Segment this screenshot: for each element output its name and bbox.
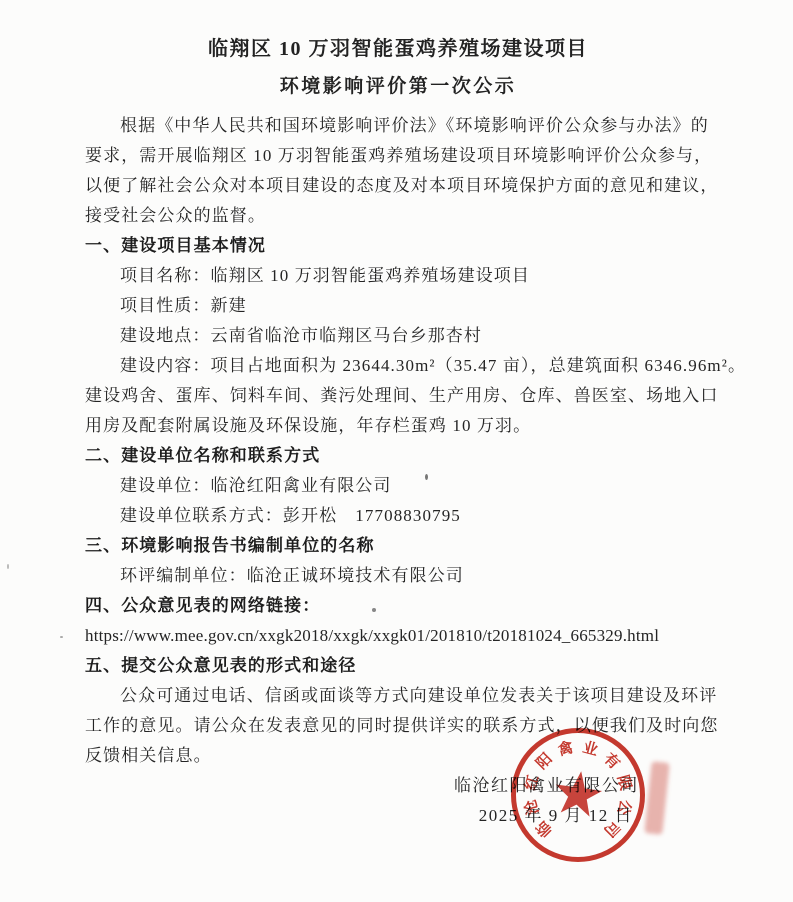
seal-ring-char: 沧	[522, 796, 544, 818]
text-line: 建设地点：云南省临沧市临翔区马台乡那杏村	[85, 321, 711, 351]
company-seal: 临沧红阳禽业有限公司	[511, 728, 645, 862]
scanned-document-page: 临翔区 10 万羽智能蛋鸡养殖场建设项目 环境影响评价第一次公示 根据《中华人民…	[0, 0, 793, 902]
seal-ring-char: 业	[579, 739, 601, 761]
document-lines: 根据《中华人民共和国环境影响评价法》《环境影响评价公众参与办法》的要求，需开展临…	[85, 111, 711, 831]
seal-ring-char: 司	[599, 816, 624, 841]
text-line: 二、建设单位名称和联系方式	[85, 441, 711, 471]
text-line: 接受社会公众的监督。	[85, 201, 711, 231]
text-line: 一、建设项目基本情况	[85, 231, 711, 261]
seal-ring-char: 临	[532, 816, 557, 841]
text-line: 环评编制单位：临沧正诚环境技术有限公司	[85, 561, 711, 591]
seal-ring-char: 有	[599, 749, 624, 774]
seal-ring-char: 公	[612, 796, 634, 818]
scan-artifact	[425, 474, 428, 480]
text-line: 根据《中华人民共和国环境影响评价法》《环境影响评价公众参与办法》的	[85, 111, 711, 141]
page-title: 临翔区 10 万羽智能蛋鸡养殖场建设项目	[85, 34, 711, 64]
page-subtitle: 环境影响评价第一次公示	[85, 73, 711, 101]
document-header: 临翔区 10 万羽智能蛋鸡养殖场建设项目 环境影响评价第一次公示	[85, 34, 711, 101]
scan-artifact	[372, 608, 376, 612]
text-line: 建设内容：项目占地面积为 23644.30m²（35.47 亩），总建筑面积 6…	[85, 351, 711, 381]
seal-ring-char: 限	[612, 772, 634, 794]
scan-artifact	[7, 564, 9, 569]
text-line: 建设单位：临沧红阳禽业有限公司	[85, 471, 711, 501]
seal-ring-char: 禽	[555, 739, 577, 761]
text-line: 五、提交公众意见表的形式和途径	[85, 651, 711, 681]
text-line: 四、公众意见表的网络链接：	[85, 591, 711, 621]
text-line: 建设单位联系方式：彭开松 17708830795	[85, 501, 711, 531]
text-line: 项目性质：新建	[85, 291, 711, 321]
text-line: 项目名称：临翔区 10 万羽智能蛋鸡养殖场建设项目	[85, 261, 711, 291]
text-line: 建设鸡舍、蛋库、饲料车间、粪污处理间、生产用房、仓库、兽医室、场地入口	[85, 381, 711, 411]
scan-artifact	[60, 636, 63, 638]
text-line: 公众可通过电话、信函或面谈等方式向建设单位发表关于该项目建设及环评	[85, 681, 711, 711]
text-line: 用房及配套附属设施及环保设施，年存栏蛋鸡 10 万羽。	[85, 411, 711, 441]
red-star-icon	[551, 768, 605, 820]
seal-ring-char: 红	[522, 772, 544, 794]
seal-ring-char: 阳	[532, 749, 557, 774]
text-line: 要求，需开展临翔区 10 万羽智能蛋鸡养殖场建设项目环境影响评价公众参与，	[85, 141, 711, 171]
text-line: 以便了解社会公众对本项目建设的态度及对本项目环境保护方面的意见和建议，	[85, 171, 711, 201]
text-line: 三、环境影响报告书编制单位的名称	[85, 531, 711, 561]
public-comment-link[interactable]: https://www.mee.gov.cn/xxgk2018/xxgk/xxg…	[85, 621, 711, 651]
scan-artifact	[116, 633, 118, 635]
